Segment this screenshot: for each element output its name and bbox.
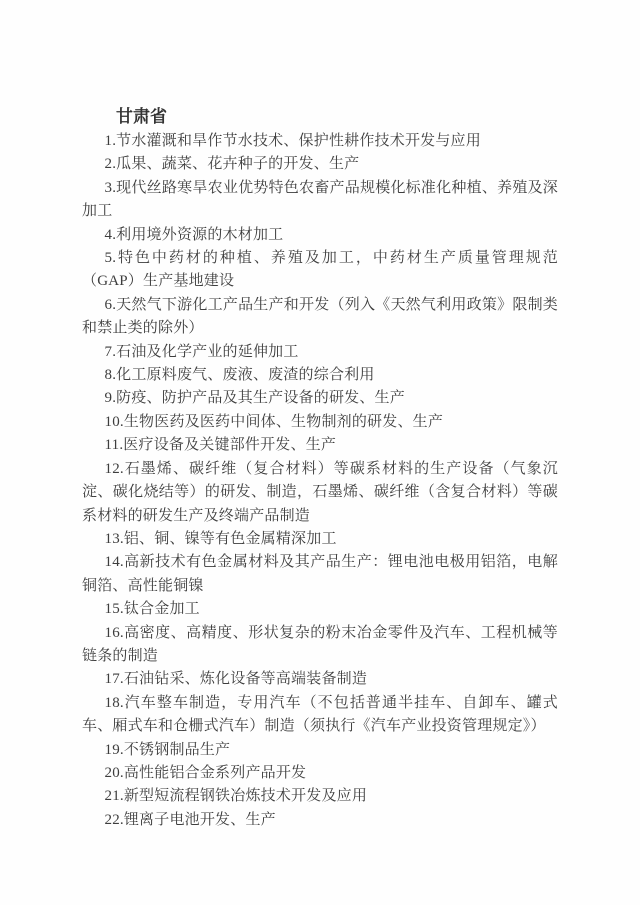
document-page: 甘肃省 1.节水灌溉和旱作节水技术、保护性耕作技术开发与应用 2.瓜果、蔬菜、花…	[0, 0, 640, 905]
list-item: 16.高密度、高精度、形状复杂的粉末冶金零件及汽车、工程机械等链条的制造	[82, 622, 558, 669]
list-item: 8.化工原料废气、废液、废渣的综合利用	[82, 364, 558, 387]
list-item: 15.钛合金加工	[82, 598, 558, 621]
list-item: 1.节水灌溉和旱作节水技术、保护性耕作技术开发与应用	[82, 130, 558, 153]
list-item: 22.锂离子电池开发、生产	[82, 809, 558, 832]
page-title: 甘肃省	[82, 104, 558, 130]
list-item: 20.高性能铝合金系列产品开发	[82, 762, 558, 785]
list-item: 10.生物医药及医药中间体、生物制剂的研发、生产	[82, 411, 558, 434]
list-item: 6.天然气下游化工产品生产和开发（列入《天然气利用政策》限制类和禁止类的除外）	[82, 294, 558, 341]
list-item: 7.石油及化学产业的延伸加工	[82, 341, 558, 364]
list-item: 13.铝、铜、镍等有色金属精深加工	[82, 528, 558, 551]
list-item: 12.石墨烯、碳纤维（复合材料）等碳系材料的生产设备（气象沉淀、碳化烧结等）的研…	[82, 458, 558, 528]
list-item: 4.利用境外资源的木材加工	[82, 224, 558, 247]
list-item: 9.防疫、防护产品及其生产设备的研发、生产	[82, 387, 558, 410]
list-item: 14.高新技术有色金属材料及其产品生产：锂电池电极用铝箔，电解铜箔、高性能铜镍	[82, 551, 558, 598]
list-item: 3.现代丝路寒旱农业优势特色农畜产品规模化标准化种植、养殖及深加工	[82, 177, 558, 224]
list-item: 21.新型短流程钢铁冶炼技术开发及应用	[82, 785, 558, 808]
list-item: 5.特色中药材的种植、养殖及加工，中药材生产质量管理规范（GAP）生产基地建设	[82, 247, 558, 294]
list-item: 2.瓜果、蔬菜、花卉种子的开发、生产	[82, 153, 558, 176]
list-item: 11.医疗设备及关键部件开发、生产	[82, 434, 558, 457]
list-item: 19.不锈钢制品生产	[82, 739, 558, 762]
list-item: 18.汽车整车制造，专用汽车（不包括普通半挂车、自卸车、罐式车、厢式车和仓栅式汽…	[82, 692, 558, 739]
list-item: 17.石油钻采、炼化设备等高端装备制造	[82, 668, 558, 691]
document-body: 甘肃省 1.节水灌溉和旱作节水技术、保护性耕作技术开发与应用 2.瓜果、蔬菜、花…	[82, 104, 558, 832]
